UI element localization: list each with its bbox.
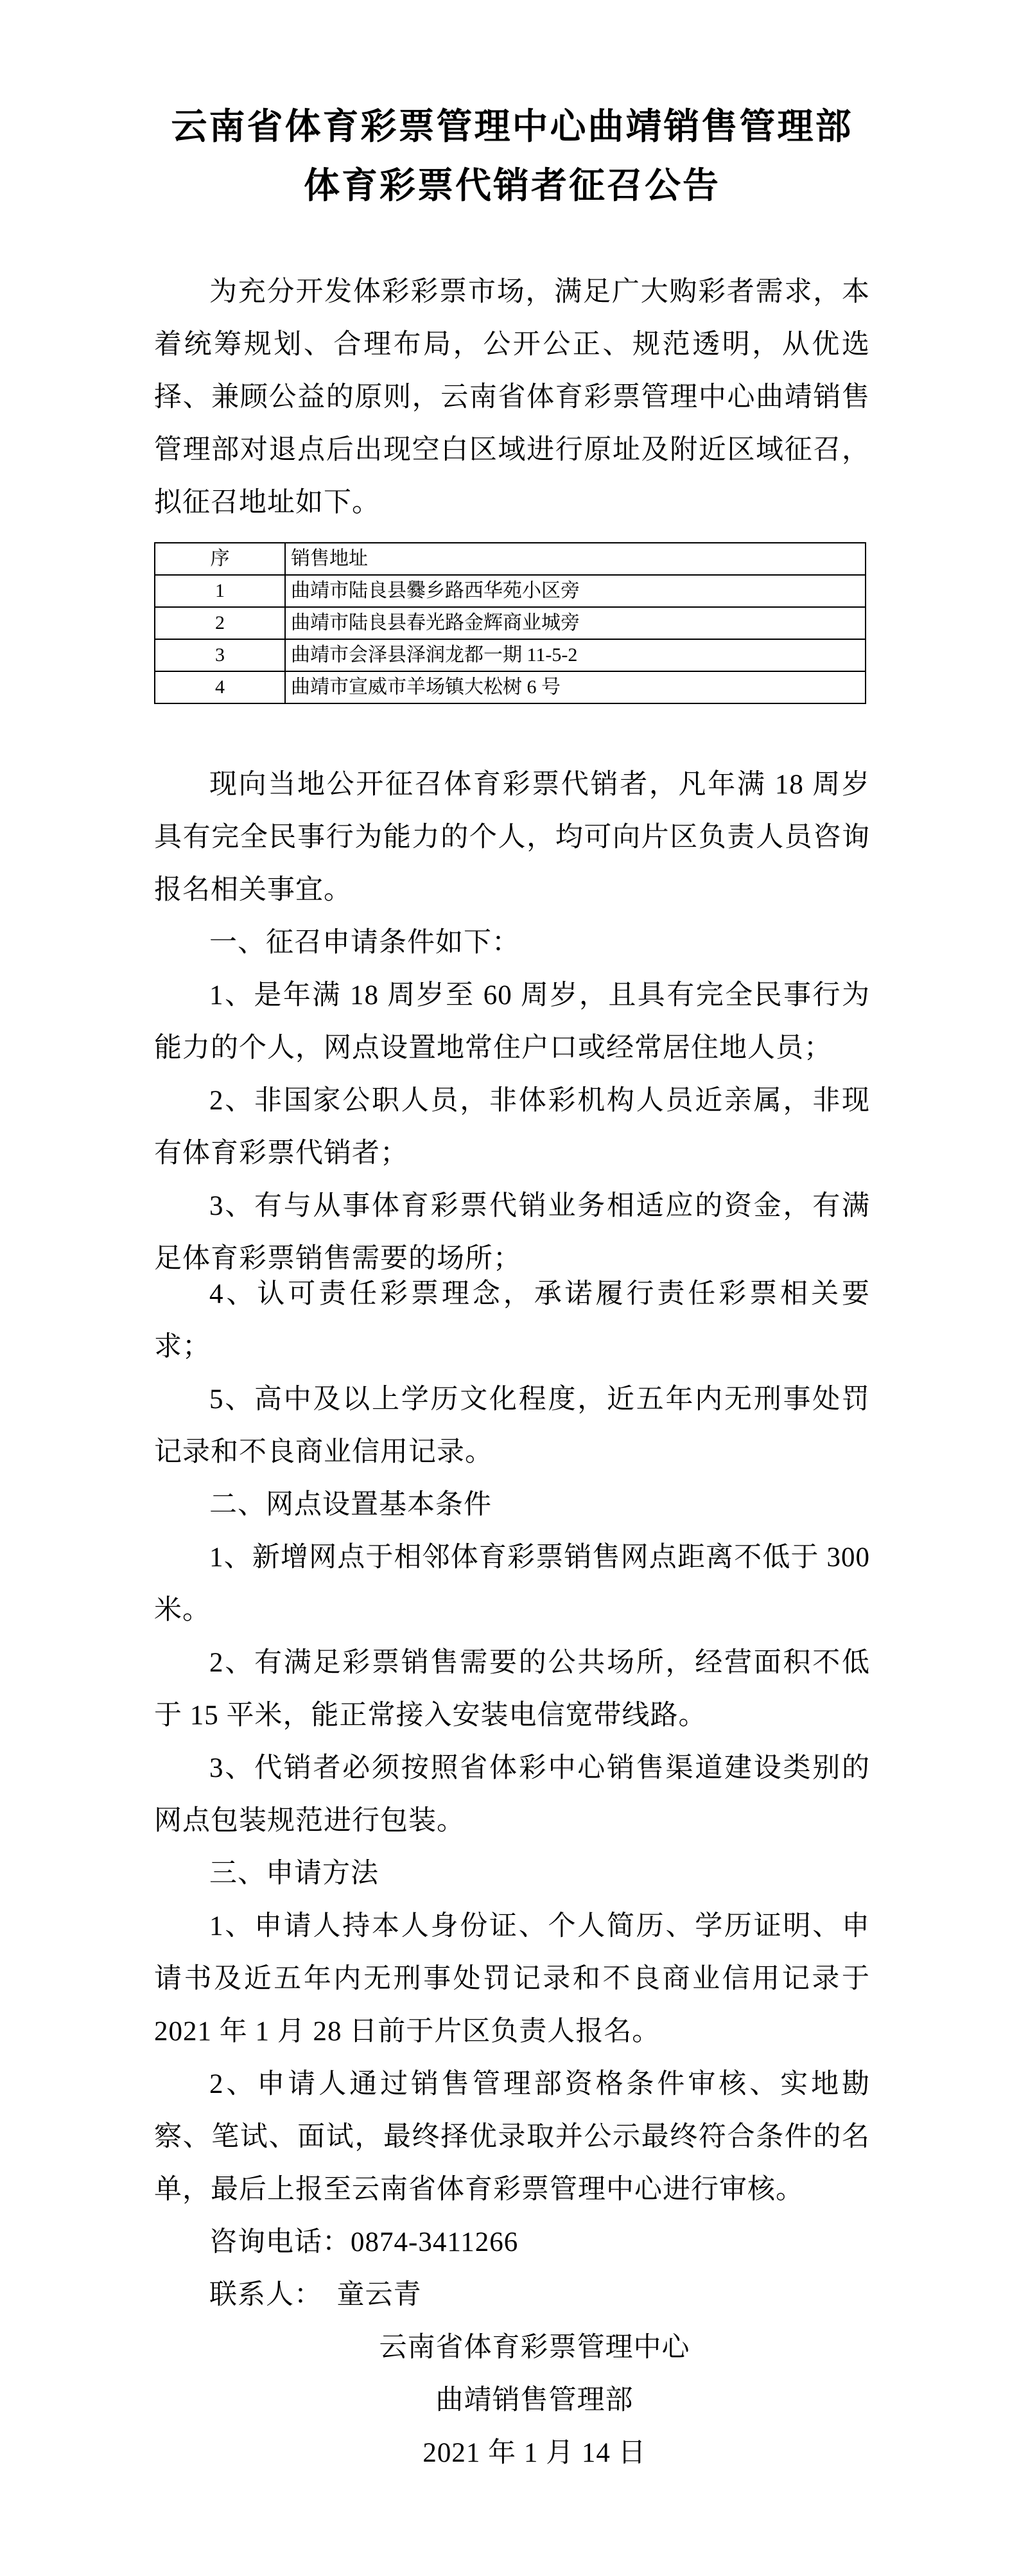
header-cell-address: 销售地址 — [285, 543, 866, 575]
header-cell-seq: 序 — [155, 543, 285, 575]
site-condition-1: 1、新增网点于相邻体育彩票销售网点距离不低于 300 米。 — [154, 1531, 870, 1637]
table-header-row: 序 销售地址 — [155, 543, 866, 575]
contact-phone: 咨询电话：0874-3411266 — [154, 2216, 870, 2269]
apply-method-1: 1、申请人持本人身份证、个人简历、学历证明、申请书及近五年内无刑事处罚记录和不良… — [154, 1900, 870, 2058]
section-heading-1: 一、征召申请条件如下： — [154, 917, 870, 969]
page-title: 云南省体育彩票管理中心曲靖销售管理部 体育彩票代销者征召公告 — [154, 98, 870, 216]
site-condition-2: 2、有满足彩票销售需要的公共场所，经营面积不低于 15 平米，能正常接入安装电信… — [154, 1637, 870, 1742]
cell-seq: 2 — [155, 607, 285, 639]
cell-address: 曲靖市陆良县爨乡路西华苑小区旁 — [285, 575, 866, 607]
signature-org-line-1: 云南省体育彩票管理中心 — [199, 2322, 870, 2374]
cell-seq: 1 — [155, 575, 285, 607]
cell-address: 曲靖市宣威市羊场镇大松树 6 号 — [285, 671, 866, 703]
sales-address-table: 序 销售地址 1 曲靖市陆良县爨乡路西华苑小区旁 2 曲靖市陆良县春光路金辉商业… — [154, 542, 866, 704]
site-condition-3: 3、代销者必须按照省体彩中心销售渠道建设类别的网点包装规范进行包装。 — [154, 1742, 870, 1848]
apply-method-2: 2、申请人通过销售管理部资格条件审核、实地勘察、笔试、面试，最终择优录取并公示最… — [154, 2058, 870, 2216]
cell-address: 曲靖市陆良县春光路金辉商业城旁 — [285, 607, 866, 639]
announcement-document: { "colors": { "background": "#ffffff", "… — [0, 0, 1019, 2576]
title-line-2: 体育彩票代销者征召公告 — [154, 157, 870, 216]
cell-seq: 4 — [155, 671, 285, 703]
cell-address: 曲靖市会泽县泽润龙都一期 11-5-2 — [285, 639, 866, 671]
condition-item-2: 2、非国家公职人员，非体彩机构人员近亲属，非现有体育彩票代销者； — [154, 1075, 870, 1180]
condition-item-5: 5、高中及以上学历文化程度，近五年内无刑事处罚记录和不良商业信用记录。 — [154, 1373, 870, 1479]
section-heading-2: 二、网点设置基本条件 — [154, 1479, 870, 1531]
cell-seq: 3 — [155, 639, 285, 671]
signature-date: 2021 年 1 月 14 日 — [199, 2427, 870, 2480]
document-page: 云南省体育彩票管理中心曲靖销售管理部 体育彩票代销者征召公告 为充分开发体彩彩票… — [0, 0, 1019, 2576]
condition-item-4: 4、认可责任彩票理念，承诺履行责任彩票相关要求； — [154, 1268, 870, 1373]
signature-org-line-2: 曲靖销售管理部 — [199, 2374, 870, 2427]
title-line-1: 云南省体育彩票管理中心曲靖销售管理部 — [154, 98, 870, 157]
intro-paragraph: 为充分开发体彩彩票市场，满足广大购彩者需求，本着统筹规划、合理布局，公开公正、规… — [154, 266, 870, 529]
table-row: 3 曲靖市会泽县泽润龙都一期 11-5-2 — [155, 639, 866, 671]
table-row: 2 曲靖市陆良县春光路金辉商业城旁 — [155, 607, 866, 639]
paragraph-recruitment-open: 现向当地公开征召体育彩票代销者，凡年满 18 周岁具有完全民事行为能力的个人，均… — [154, 759, 870, 917]
table-row: 4 曲靖市宣威市羊场镇大松树 6 号 — [155, 671, 866, 703]
condition-item-1: 1、是年满 18 周岁至 60 周岁，且具有完全民事行为能力的个人，网点设置地常… — [154, 969, 870, 1075]
section-heading-3: 三、申请方法 — [154, 1848, 870, 1900]
contact-person: 联系人： 童云青 — [154, 2269, 870, 2322]
table-row: 1 曲靖市陆良县爨乡路西华苑小区旁 — [155, 575, 866, 607]
